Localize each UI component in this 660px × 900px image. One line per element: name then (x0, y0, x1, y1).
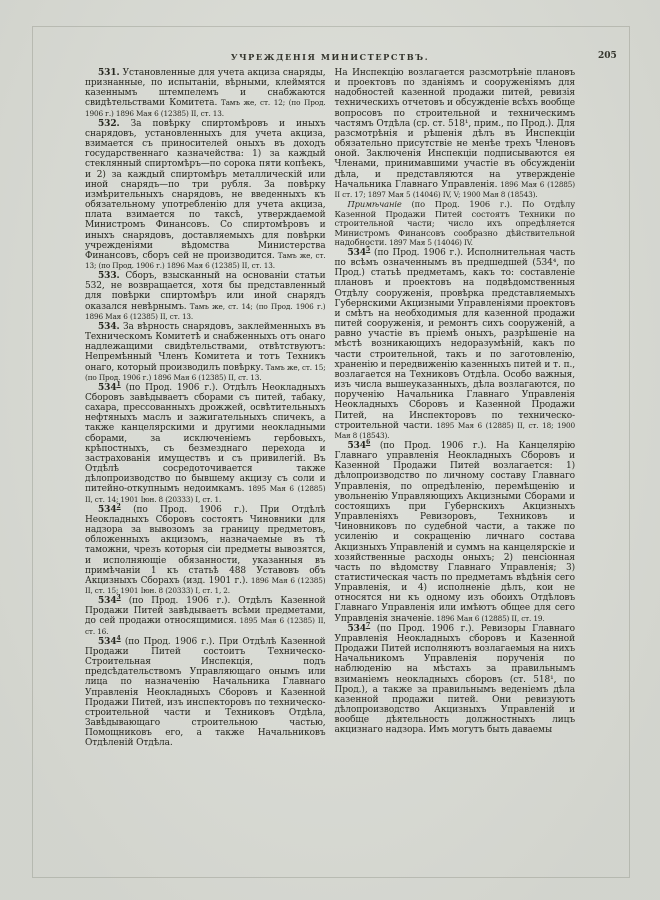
article-number: 531. (98, 68, 120, 78)
page-title: УЧРЕЖДЕНІЯ МИНИСТЕРСТВЪ. (85, 52, 575, 62)
note-label: Примѣчаніе (348, 199, 402, 209)
article-citation: Тамъ же, ст. 13; (по Прод. 1906 г.) 1896… (85, 251, 326, 270)
scanned-book-page: УЧРЕЖДЕНІЯ МИНИСТЕРСТВЪ. 205 531. Устано… (0, 0, 660, 900)
article-citation: 1895 Мая 6 (12885) II, ст. 18; 1900 Мая … (335, 421, 576, 440)
article-number-superscript: 2 (117, 503, 121, 510)
article-paragraph: Примѣчаніе (по Прод. 1906 г.). По Отдѣлу… (335, 200, 576, 248)
article-number: 534 (348, 248, 367, 258)
article-number: 534. (98, 322, 120, 332)
article-number: 534 (98, 383, 117, 393)
article-number: 534 (98, 637, 117, 647)
page-number: 205 (598, 51, 617, 61)
article-number-superscript: 4 (117, 635, 121, 642)
article-paragraph: 5344 (по Прод. 1906 г.). При Отдѣлѣ Казе… (85, 637, 326, 749)
article-number-superscript: 6 (366, 439, 370, 446)
article-number: 534 (98, 596, 117, 606)
article-number: 534 (348, 441, 367, 451)
article-number: 533. (98, 271, 120, 281)
article-paragraph: 5346 (по Прод. 1906 г.). На Канцелярію Г… (335, 441, 576, 624)
article-citation: Тамъ же, ст. 15; (по Прод. 1906 г.) 1896… (85, 363, 326, 382)
article-citation: 1896 Мая 6 (12885) II, ст. 19. (434, 614, 544, 623)
article-number: 532. (98, 119, 120, 129)
article-paragraph: 5341 (по Прод. 1906 г.). Отдѣлъ Неокладн… (85, 383, 326, 505)
article-paragraph: 531. Установленные для учета акциза снар… (85, 68, 326, 119)
article-citation: Тамъ же, ст. 12; (по Прод. 1906 г.) 1896… (85, 98, 326, 117)
article-paragraph: 5347 (по Прод. 1906 г.). Ревизоры Главна… (335, 624, 576, 736)
article-citation: 1895 Мая 6 (12385) II, ст. 16. (85, 616, 326, 635)
article-citation: 1897 Мая 5 (14046) IV. (387, 238, 473, 247)
article-paragraph: 5342 (по Прод. 1906 г.). При Отдѣлѣ Неок… (85, 505, 326, 596)
text-columns: 531. Установленные для учета акциза снар… (85, 68, 575, 748)
article-citation: 1896 Мая 6 (12885) II ст. 17; 1897 Мая 5… (335, 180, 576, 199)
article-paragraph: На Инспекцію возлагается разсмотрѣніе пл… (335, 68, 576, 200)
article-paragraph: 532. За повѣрку спиртомѣровъ и иныхъ сна… (85, 119, 326, 271)
article-number-superscript: 7 (366, 622, 370, 629)
running-head-row: УЧРЕЖДЕНІЯ МИНИСТЕРСТВЪ. (85, 52, 575, 64)
article-paragraph: 5345 (по Прод. 1906 г.). Исполнительная … (335, 248, 576, 441)
article-number: 534 (98, 505, 117, 515)
article-paragraph: 534. За вѣрность снарядовъ, заклейменных… (85, 322, 326, 383)
article-citation: 1895 Мая 6 (12885) II, ст. 14; 1901 Іюн.… (85, 484, 326, 503)
article-number-superscript: 5 (366, 246, 370, 253)
article-number-superscript: 3 (117, 594, 121, 601)
article-citation: 1896 Мая 6 (12385) II, ст. 15; 1901 Іюн.… (85, 576, 326, 595)
article-paragraph: 533. Сборъ, взысканный на основаніи стат… (85, 271, 326, 322)
column-left: 531. Установленные для учета акциза снар… (85, 68, 326, 748)
article-citation: Тамъ же, ст. 14; (по Прод. 1906 г.) 1896… (85, 302, 325, 321)
column-right: На Инспекцію возлагается разсмотрѣніе пл… (335, 68, 576, 748)
article-paragraph: 5343 (по Прод. 1906 г.). Отдѣлъ Казенной… (85, 596, 326, 637)
article-number-superscript: 1 (117, 381, 121, 388)
article-number: 534 (348, 624, 367, 634)
